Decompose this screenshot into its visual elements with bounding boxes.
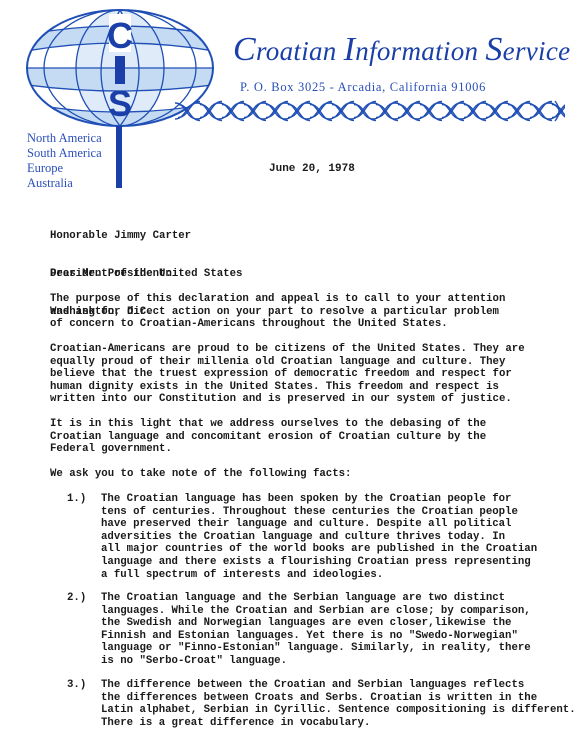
recipient-name: Honorable Jimmy Carter (50, 230, 242, 243)
salutation: Dear Mr. President: (50, 268, 172, 281)
paragraph-purpose: The purpose of this declaration and appe… (50, 293, 505, 331)
paragraph-facts-intro: We ask you to take note of the following… (50, 468, 351, 481)
fact-text: The Croatian language has been spoken by… (101, 493, 537, 581)
organization-name: Croatian Information Service (233, 31, 570, 69)
title-cap-s: S (485, 31, 502, 68)
logo-letter-c: C (107, 15, 133, 56)
region-australia: Australia (27, 176, 102, 191)
logo-letter-s: S (108, 83, 132, 124)
braid-ornament (175, 97, 565, 125)
title-word-service: ervice (503, 36, 571, 66)
fact-number: 3.) (67, 679, 86, 692)
paragraph-pride: Croatian-Americans are proud to be citiz… (50, 343, 525, 406)
region-europe: Europe (27, 161, 102, 176)
title-word-croatian: roatian (256, 36, 344, 66)
fact-number: 2.) (67, 592, 86, 605)
fact-number: 1.) (67, 493, 86, 506)
letter-date: June 20, 1978 (269, 163, 355, 175)
title-cap-c: C (233, 31, 256, 68)
fact-text: The difference between the Croatian and … (101, 679, 576, 729)
fact-text: The Croatian language and the Serbian la… (101, 592, 531, 668)
title-cap-i: I (344, 31, 356, 68)
paragraph-debasing: It is in this light that we address ours… (50, 418, 486, 456)
regions-list: North America South America Europe Austr… (27, 131, 102, 191)
region-south-america: South America (27, 146, 102, 161)
title-word-information: nformation (355, 36, 485, 66)
region-north-america: North America (27, 131, 102, 146)
letterhead-address: P. O. Box 3025 - Arcadia, California 910… (240, 80, 486, 95)
